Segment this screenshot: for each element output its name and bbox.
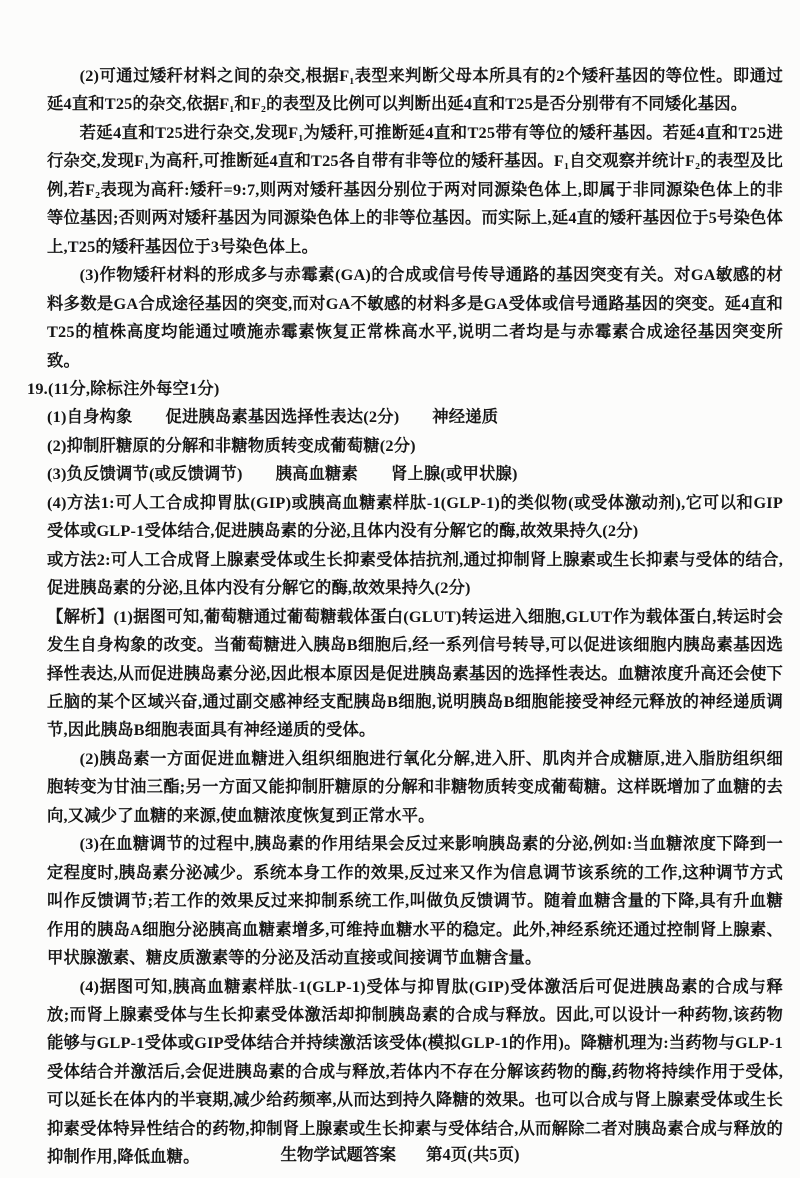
q19-header: 19.(11分,除标注外每空1分) <box>27 375 783 403</box>
q19-answer-2: (2)抑制肝糖原的分解和非糖物质转变成葡萄糖(2分) <box>47 432 783 460</box>
q19-answer-3: (3)负反馈调节(或反馈调节) 胰高血糖素 肾上腺(或甲状腺) <box>47 460 783 488</box>
q18-answer-2-paragraph: (2)可通过矮秆材料之间的杂交,根据F₁表型来判断父母本所具有的2个矮秆基因的等… <box>47 62 783 119</box>
q19-analysis-1: 【解析】(1)据图可知,葡萄糖通过葡萄糖载体蛋白(GLUT)转运进入细胞,GLU… <box>47 603 783 745</box>
footer-page-label: 第4页(共5页) <box>426 1145 520 1164</box>
page-footer: 生物学试题答案第4页(共5页) <box>0 1141 800 1169</box>
q19-answer-1: (1)自身构象 促进胰岛素基因选择性表达(2分) 神经递质 <box>47 403 783 431</box>
q19-analysis-3: (3)在血糖调节的过程中,胰岛素的作用结果会反过来影响胰岛素的分泌,例如:当血糖… <box>47 830 783 972</box>
q19-answer-4-method1: (4)方法1:可人工合成抑胃肽(GIP)或胰高血糖素样肽-1(GLP-1)的类似… <box>47 489 783 546</box>
document-body: (2)可通过矮秆材料之间的杂交,根据F₁表型来判断父母本所具有的2个矮秆基因的等… <box>47 62 783 1172</box>
q18-answer-2-cross-paragraph: 若延4直和T25进行杂交,发现F₁为矮秆,可推断延4直和T25带有等位的矮秆基因… <box>47 119 783 261</box>
q18-answer-3-paragraph: (3)作物矮秆材料的形成多与赤霉素(GA)的合成或信号传导通路的基因突变有关。对… <box>47 261 783 375</box>
q19-analysis-2: (2)胰岛素一方面促进血糖进入组织细胞进行氧化分解,进入肝、肌肉并合成糖原,进入… <box>47 745 783 830</box>
footer-doc-title: 生物学试题答案 <box>281 1145 397 1164</box>
scanned-answer-page: (2)可通过矮秆材料之间的杂交,根据F₁表型来判断父母本所具有的2个矮秆基因的等… <box>0 0 800 1178</box>
q19-answer-4-method2: 或方法2:可人工合成肾上腺素受体或生长抑素受体拮抗剂,通过抑制肾上腺素或生长抑素… <box>47 546 783 603</box>
